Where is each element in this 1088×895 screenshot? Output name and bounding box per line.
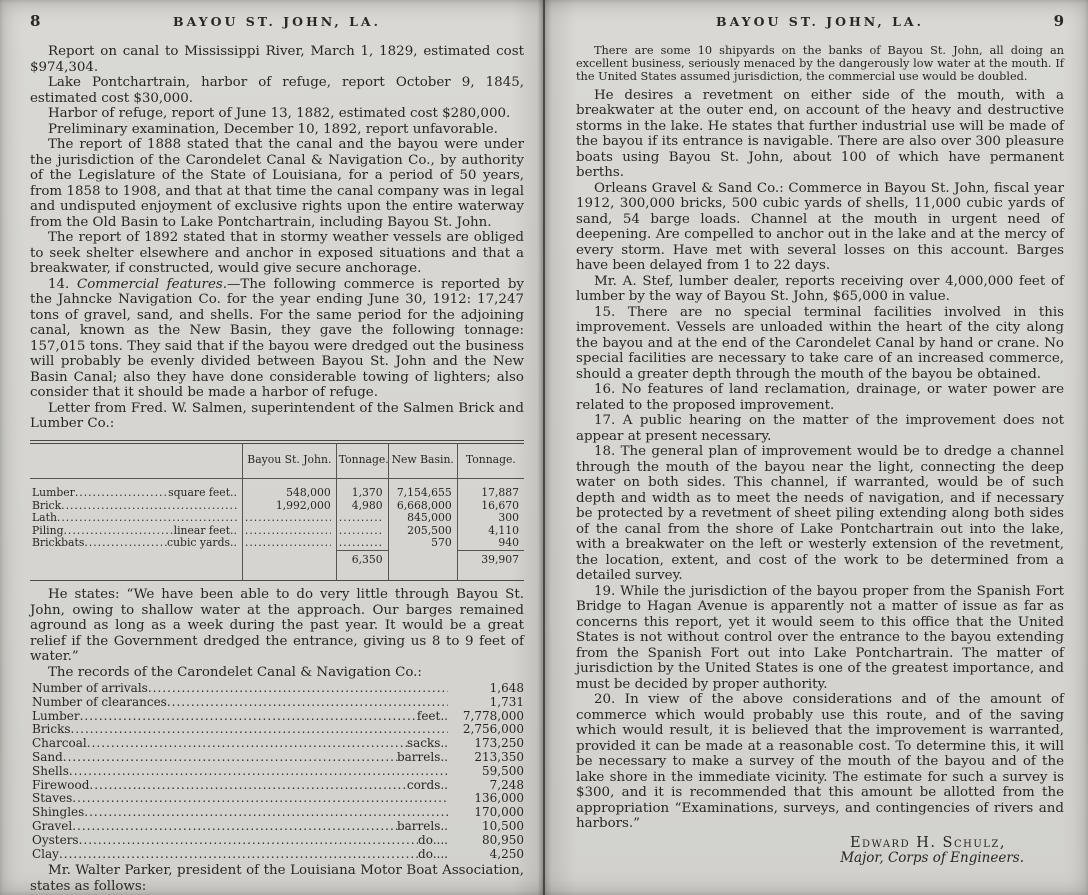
left-page-header: 8 BAYOU ST. JOHN, LA. <box>30 12 524 30</box>
table-row: Brickbats...............................… <box>30 537 524 550</box>
right-running-title: BAYOU ST. JOHN, LA. <box>610 14 1030 29</box>
record-row: Sand....................................… <box>32 751 524 765</box>
paragraph: 16. No features of land reclamation, dra… <box>576 382 1064 413</box>
table-total-cell: 39,907 <box>457 550 524 581</box>
left-page: 8 BAYOU ST. JOHN, LA. Report on canal to… <box>0 0 544 895</box>
commerce-table: Bayou St. John.Tonnage.New Basin.Tonnage… <box>30 440 524 582</box>
table-column-header: Tonnage. <box>336 443 388 479</box>
paragraph: Report on canal to Mississippi River, Ma… <box>30 44 524 75</box>
right-page-header: BAYOU ST. JOHN, LA. 9 <box>576 12 1064 30</box>
paragraph: The records of the Carondelet Canal & Na… <box>30 665 524 681</box>
table-column-header: Tonnage. <box>457 443 524 479</box>
signature-name: Edward H. Schulz, <box>576 836 1064 852</box>
left-running-title: BAYOU ST. JOHN, LA. <box>64 14 490 29</box>
paragraph: Mr. Walter Parker, president of the Loui… <box>30 863 524 894</box>
table-total-cell: 6,350 <box>336 550 388 581</box>
book-spread: 8 BAYOU ST. JOHN, LA. Report on canal to… <box>0 0 1088 895</box>
record-row: Firewood................................… <box>32 779 524 793</box>
record-row: Lumber..................................… <box>32 710 524 724</box>
record-row: Clay....................................… <box>32 848 524 862</box>
paragraph: Mr. A. Stef, lumber dealer, reports rece… <box>576 274 1064 305</box>
paragraph: 17. A public hearing on the matter of th… <box>576 413 1064 444</box>
left-text-block-1: Report on canal to Mississippi River, Ma… <box>30 44 524 432</box>
paragraph: 20. In view of the above considerations … <box>576 692 1064 832</box>
table-cell: ........................................… <box>242 512 336 525</box>
table-cell: ........................................… <box>336 537 388 550</box>
right-text-block: There are some 10 shipyards on the banks… <box>576 44 1064 832</box>
table-cell: 570 <box>388 537 457 550</box>
table-total-row: 6,35039,907 <box>30 550 524 581</box>
table-total-cell <box>30 550 242 581</box>
table-column-header: Bayou St. John. <box>242 443 336 479</box>
paragraph: There are some 10 shipyards on the banks… <box>576 44 1064 84</box>
table-cell: 940 <box>457 537 524 550</box>
paragraph: The report of 1888 stated that the canal… <box>30 137 524 230</box>
table-total-cell <box>242 550 336 581</box>
left-text-block-2: He states: “We have been able to do very… <box>30 587 524 680</box>
table-cell: 7,154,655 <box>388 479 457 500</box>
table-cell: ........................................… <box>336 512 388 525</box>
records-leader-list: Number of arrivals......................… <box>32 682 524 861</box>
record-row: Number of arrivals......................… <box>32 682 524 696</box>
table-cell: 1,370 <box>336 479 388 500</box>
record-row: Staves..................................… <box>32 792 524 806</box>
paragraph: 19. While the jurisdiction of the bayou … <box>576 584 1064 693</box>
record-row: Gravel..................................… <box>32 820 524 834</box>
table-row: Lath....................................… <box>30 512 524 525</box>
paragraph: He desires a revetment on either side of… <box>576 88 1064 181</box>
paragraph: Harbor of refuge, report of June 13, 188… <box>30 106 524 122</box>
record-row: Number of clearances....................… <box>32 696 524 710</box>
left-text-block-3: Mr. Walter Parker, president of the Loui… <box>30 863 524 894</box>
paragraph: 15. There are no special terminal facili… <box>576 305 1064 383</box>
record-row: Charcoal................................… <box>32 737 524 751</box>
table-total-cell <box>388 550 457 581</box>
table-cell: ........................................… <box>242 537 336 550</box>
table-cell: 300 <box>457 512 524 525</box>
record-row: Oysters.................................… <box>32 834 524 848</box>
table-column-header: New Basin. <box>388 443 457 479</box>
paragraph: 14. Commercial features.—The following c… <box>30 277 524 401</box>
table-cell: ........................................… <box>336 525 388 538</box>
right-page: BAYOU ST. JOHN, LA. 9 There are some 10 … <box>544 0 1088 895</box>
paragraph: 18. The general plan of improvement woul… <box>576 444 1064 584</box>
paragraph: Orleans Gravel & Sand Co.: Commerce in B… <box>576 181 1064 274</box>
paragraph: He states: “We have been able to do very… <box>30 587 524 665</box>
table-row: Lumber..................................… <box>30 479 524 500</box>
paragraph: Preliminary examination, December 10, 18… <box>30 122 524 138</box>
table-cell: 4,980 <box>336 500 388 513</box>
paragraph: Letter from Fred. W. Salmen, superintend… <box>30 401 524 432</box>
table-cell: 845,000 <box>388 512 457 525</box>
table-cell: 17,887 <box>457 479 524 500</box>
left-page-number: 8 <box>30 12 64 30</box>
table-column-header <box>30 443 242 479</box>
signature-block: Edward H. Schulz, Major, Corps of Engine… <box>576 836 1064 867</box>
record-row: Shingles................................… <box>32 806 524 820</box>
record-row: Bricks..................................… <box>32 723 524 737</box>
table-cell: 548,000 <box>242 479 336 500</box>
paragraph: The report of 1892 stated that in stormy… <box>30 230 524 277</box>
record-row: Shells..................................… <box>32 765 524 779</box>
right-page-number: 9 <box>1030 12 1064 30</box>
table-cell: 1,992,000 <box>242 500 336 513</box>
signature-title: Major, Corps of Engineers. <box>576 851 1064 867</box>
paragraph: Lake Pontchartrain, harbor of refuge, re… <box>30 75 524 106</box>
table-cell: ........................................… <box>242 525 336 538</box>
